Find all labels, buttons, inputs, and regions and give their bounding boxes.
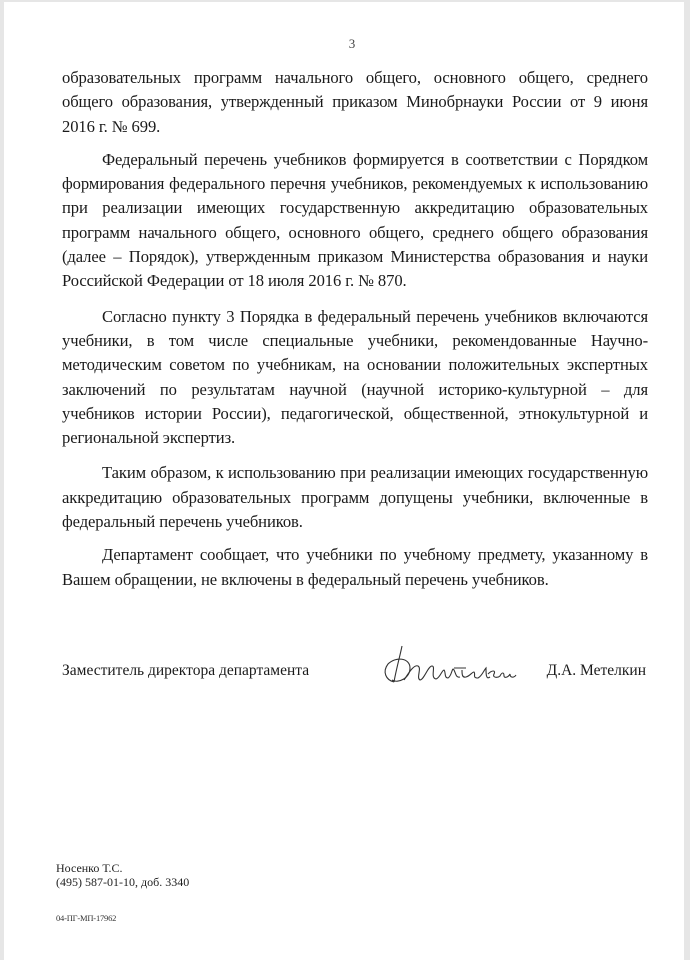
registration-number: 04-ПГ-МП-17962 bbox=[56, 913, 116, 923]
paragraph-clause-3: Согласно пункту 3 Порядка в федеральный … bbox=[62, 305, 648, 451]
letter-body: образовательных программ начального обще… bbox=[62, 66, 648, 592]
paragraph-department-notice: Департамент сообщает, что учебники по уч… bbox=[62, 543, 648, 592]
page-number: 3 bbox=[4, 36, 690, 52]
paragraph-federal-list: Федеральный перечень учебников формирует… bbox=[62, 148, 648, 294]
handwritten-signature-icon bbox=[380, 644, 530, 694]
signatory-name: Д.А. Метелкин bbox=[547, 662, 646, 680]
paragraph-continuation: образовательных программ начального обще… bbox=[62, 66, 648, 139]
contact-phone: (495) 587-01-10, доб. 3340 bbox=[56, 876, 189, 890]
contact-info: Носенко Т.С. (495) 587-01-10, доб. 3340 bbox=[56, 862, 189, 889]
contact-person: Носенко Т.С. bbox=[56, 862, 189, 876]
document-page: 3 образовательных программ начального об… bbox=[4, 2, 684, 960]
paragraph-conclusion: Таким образом, к использованию при реали… bbox=[62, 461, 648, 534]
signature-block: Заместитель директора департамента Д.А. … bbox=[62, 654, 648, 694]
signatory-position: Заместитель директора департамента bbox=[62, 662, 309, 680]
